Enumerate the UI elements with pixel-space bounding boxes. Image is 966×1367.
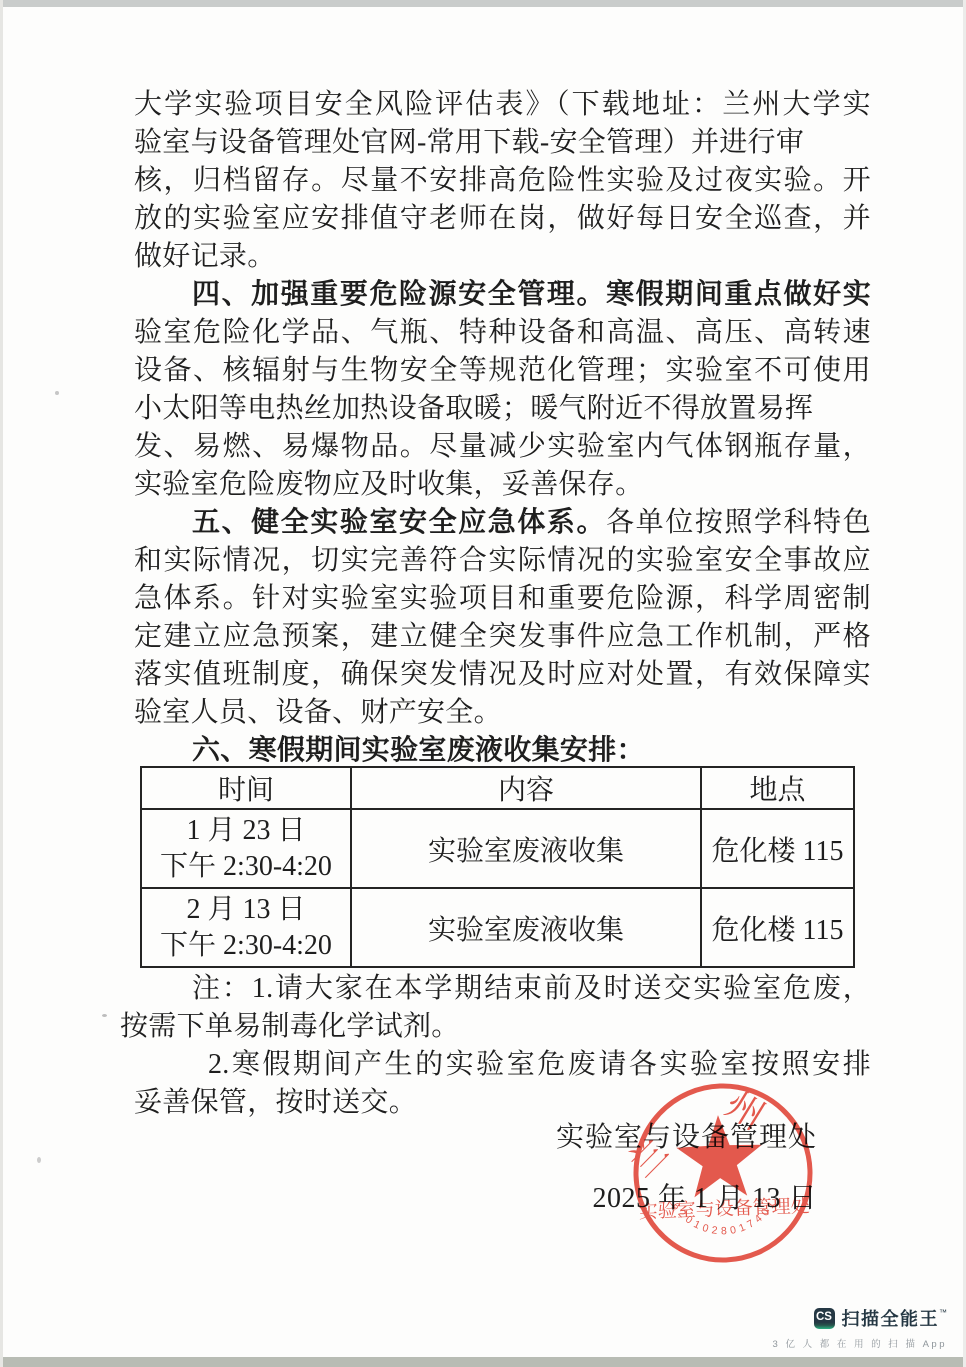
text-segment: 实验室危险废物应及时收集，妥善保存。	[134, 469, 643, 500]
text-line: 落实值班制度，确保突发情况及时应对处置，有效保障实	[134, 656, 871, 694]
time-range: 下午 2:30-4:20	[142, 928, 350, 964]
text-segment-bold: 四、加强重要危险源安全管理。	[192, 279, 606, 310]
text-segment-bold: 五、健全实验室安全应急体系。	[192, 507, 606, 538]
text-line: 设备、核辐射与生物安全等规范化管理；实验室不可使用	[134, 352, 871, 390]
content-cell: 实验室废液收集	[351, 809, 701, 888]
text-line: 六、寒假期间实验室废液收集安排：	[134, 732, 871, 770]
time-date: 1 月 23 日	[142, 813, 350, 849]
scan-speck	[37, 1157, 41, 1163]
text-segment: 注：1.请大家在本学期结束前及时送交实验室危废，	[192, 973, 871, 1004]
text-line: 急体系。针对实验室实验项目和重要危险源，科学周密制	[134, 580, 871, 618]
text-segment: 核，归档留存。尽量不安排高危险性实验及过夜实验。开	[134, 165, 871, 196]
text-line: 实验室危险废物应及时收集，妥善保存。	[134, 466, 871, 504]
scan-speck	[102, 1014, 107, 1017]
text-segment: 定建立应急预案，建立健全突发事件应急工作机制，严格	[134, 621, 871, 652]
text-line: 放的实验室应安排值守老师在岗，做好每日安全巡查，并	[134, 200, 871, 238]
text-line: 五、健全实验室安全应急体系。各单位按照学科特色	[134, 504, 871, 542]
time-cell: 1 月 23 日下午 2:30-4:20	[141, 809, 351, 888]
text-line: 验室与设备管理处官网-常用下载-安全管理）并进行审	[134, 124, 871, 162]
text-segment: 小太阳等电热丝加热设备取暖；暖气附近不得放置易挥	[134, 393, 813, 424]
text-line: 做好记录。	[134, 238, 871, 276]
seal-department-text: 实验室与设备管理处	[638, 1195, 810, 1223]
text-segment: 按需下单易制毒化学试剂。	[120, 1011, 460, 1042]
text-segment: 验室人员、设备、财产安全。	[134, 697, 502, 728]
scanned-document-page: 大学实验项目安全风险评估表》（下载地址：兰州大学实验室与设备管理处官网-常用下载…	[0, 0, 966, 1367]
text-segment: 和实际情况，切实完善符合实际情况的实验室安全事故应	[134, 545, 871, 576]
scan-speck	[55, 391, 59, 395]
text-segment: 落实值班制度，确保突发情况及时应对处置，有效保障实	[134, 659, 871, 690]
text-segment: 设备、核辐射与生物安全等规范化管理；实验室不可使用	[134, 355, 871, 386]
table-header-cell: 时间	[141, 767, 351, 809]
text-line: 注：1.请大家在本学期结束前及时送交实验室危废，	[134, 970, 871, 1008]
text-line: 四、加强重要危险源安全管理。寒假期间重点做好实	[134, 276, 871, 314]
text-line: 验室危险化学品、气瓶、特种设备和高温、高压、高转速	[134, 314, 871, 352]
text-segment: 发、易燃、易爆物品。尽量减少实验室内气体钢瓶存量，	[134, 431, 871, 462]
text-segment: 验室危险化学品、气瓶、特种设备和高温、高压、高转速	[134, 317, 871, 348]
text-segment-bold: 六、寒假期间实验室废液收集安排：	[192, 735, 645, 766]
location-cell: 危化楼 115	[701, 809, 854, 888]
content-cell: 实验室废液收集	[351, 888, 701, 967]
text-line: 核，归档留存。尽量不安排高危险性实验及过夜实验。开	[134, 162, 871, 200]
text-line: 和实际情况，切实完善符合实际情况的实验室安全事故应	[134, 542, 871, 580]
text-line: 定建立应急预案，建立健全突发事件应急工作机制，严格	[134, 618, 871, 656]
time-range: 下午 2:30-4:20	[142, 849, 350, 885]
text-segment-bold: 寒假期间重点做好实	[606, 279, 871, 310]
text-segment: 各单位按照学科特色	[606, 507, 871, 538]
scan-edge-top	[0, 0, 966, 7]
table-header-row: 时间内容地点	[141, 767, 854, 809]
text-segment: 验室与设备管理处官网-常用下载-安全管理）并进行审	[134, 127, 804, 158]
text-segment: 放的实验室应安排值守老师在岗，做好每日安全巡查，并	[134, 203, 871, 234]
table-row: 1 月 23 日下午 2:30-4:20实验室废液收集危化楼 115	[141, 809, 854, 888]
camscanner-logo-icon: CS	[814, 1308, 835, 1329]
camscanner-watermark: CS 扫描全能王 ™ 3 亿 人 都 在 用 的 扫 描 App	[773, 1305, 947, 1350]
table-header-cell: 内容	[351, 767, 701, 809]
camscanner-tagline: 3 亿 人 都 在 用 的 扫 描 App	[773, 1336, 947, 1350]
scan-edge-left	[0, 0, 3, 1367]
text-segment: 做好记录。	[134, 241, 276, 272]
table-header-cell: 地点	[701, 767, 854, 809]
waste-collection-schedule-table: 时间内容地点 1 月 23 日下午 2:30-4:20实验室废液收集危化楼 11…	[140, 766, 855, 968]
text-segment: 大学实验项目安全风险评估表》（下载地址：兰州大学实	[134, 89, 871, 120]
scan-edge-bottom	[0, 1357, 966, 1367]
camscanner-brand-name: 扫描全能王	[842, 1305, 940, 1331]
official-red-seal: 兰州大学 实验室与设备管理处 6201028017401	[625, 1075, 822, 1272]
text-segment: 急体系。针对实验室实验项目和重要危险源，科学周密制	[134, 583, 871, 614]
location-cell: 危化楼 115	[701, 888, 854, 967]
text-line: 小太阳等电热丝加热设备取暖；暖气附近不得放置易挥	[134, 390, 871, 428]
text-line: 验室人员、设备、财产安全。	[134, 694, 871, 732]
text-segment: 妥善保管，按时送交。	[134, 1087, 417, 1118]
trademark-symbol: ™	[939, 1308, 947, 1317]
time-cell: 2 月 13 日下午 2:30-4:20	[141, 888, 351, 967]
document-body-text: 大学实验项目安全风险评估表》（下载地址：兰州大学实验室与设备管理处官网-常用下载…	[134, 86, 871, 770]
text-line: 大学实验项目安全风险评估表》（下载地址：兰州大学实	[134, 86, 871, 124]
table-row: 2 月 13 日下午 2:30-4:20实验室废液收集危化楼 115	[141, 888, 854, 967]
text-line: 发、易燃、易爆物品。尽量减少实验室内气体钢瓶存量，	[134, 428, 871, 466]
time-date: 2 月 13 日	[142, 892, 350, 928]
text-line: 按需下单易制毒化学试剂。	[120, 1008, 857, 1046]
